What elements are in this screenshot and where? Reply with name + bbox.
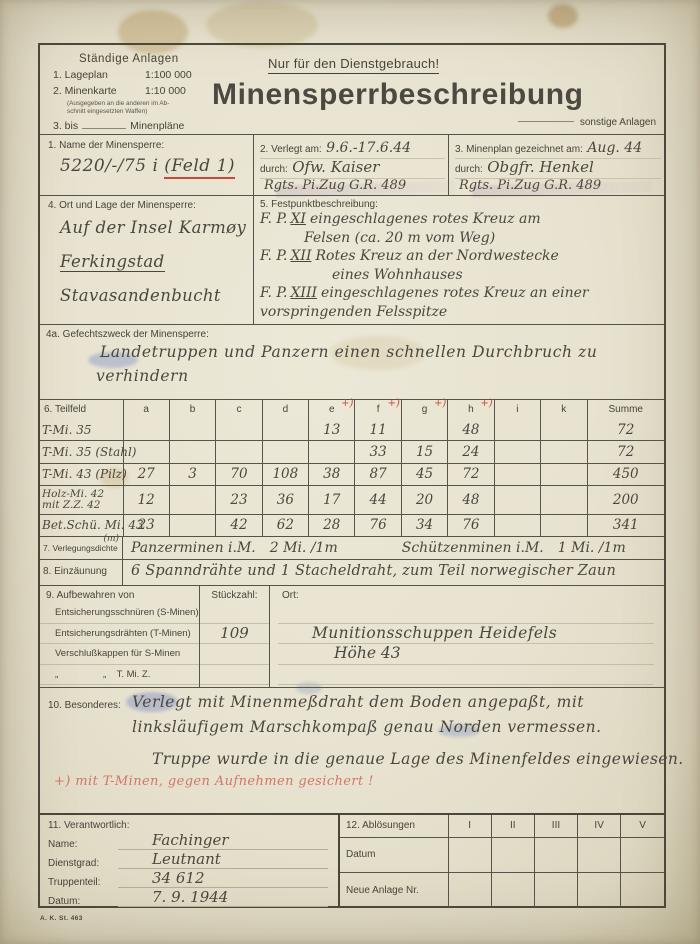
relief-empty-cell	[621, 873, 664, 907]
mine-table-row: Holz-Mi. 42mit Z.Z. 4212233617442048200	[40, 485, 664, 514]
section-special-notes: 10. Besonderes: Verlegt mit Minenmeßdrah…	[40, 688, 664, 815]
laid-date-value: 9.6.-17.6.44	[326, 140, 411, 156]
mine-count-cell: 76	[355, 514, 401, 536]
mine-count-cell: 3	[169, 463, 215, 485]
other-attachments-label: sonstige Anlagen	[518, 117, 656, 128]
attachment-scale: 1:100 000	[145, 68, 192, 84]
paper-stain	[206, 2, 318, 48]
field-label: Truppenteil:	[48, 877, 118, 888]
page-title: Minensperrbeschreibung	[212, 78, 584, 112]
abloesungen-datum-row: Datum	[340, 837, 664, 873]
storage-item: Entsicherungsdrähten (T-Minen)	[40, 624, 199, 645]
notes-line: linksläufigem Marschkompaß genau Norden …	[132, 718, 602, 736]
relief-empty-cell	[491, 873, 534, 907]
count-value: 109	[200, 624, 269, 645]
mine-count-cell: 34	[401, 514, 447, 536]
responsible-field: Name: Fachinger	[48, 831, 328, 850]
drawn-by-value: Obgfr. Henkel	[487, 158, 594, 176]
section-mine-table: 6. Teilfeld abcde+)f+)g+)h+)ikSumme T-Mi…	[40, 400, 664, 537]
drawn-date-value: Aug. 44	[587, 140, 642, 156]
mine-table-column-header: g+)	[401, 400, 447, 419]
mine-count-cell	[309, 441, 355, 463]
mine-count-cell	[541, 514, 587, 536]
field-label: durch:	[260, 164, 288, 175]
density-values: Panzerminen i.M. 2 Mi. /1m Schützenminen…	[123, 537, 664, 559]
mine-count-cell: 48	[448, 485, 494, 514]
relief-empty-cell	[448, 873, 491, 907]
mine-table: 6. Teilfeld abcde+)f+)g+)h+)ikSumme T-Mi…	[40, 400, 664, 536]
responsible-unit-value: 34 612	[118, 870, 328, 888]
unit-value: Rgts. Pi.Zug G.R. 489	[455, 178, 661, 193]
blank-fill-line	[82, 128, 126, 129]
field-label: durch:	[455, 164, 483, 175]
mine-count-cell: 45	[401, 463, 447, 485]
section-fencing: 8. Einzäunung 6 Spanndrähte und 1 Stache…	[40, 560, 664, 586]
responsible-field: Truppenteil: 34 612	[48, 869, 328, 888]
relief-empty-cell	[578, 873, 621, 907]
mine-table-column-header: i	[494, 400, 540, 419]
classification-banner: Nur für den Dienstgebrauch!	[268, 56, 439, 74]
permanent-attachments-heading: Ständige Anlagen	[79, 53, 268, 65]
section-fixpoints: 5. Festpunktbeschreibung: F. P.XIeingesc…	[254, 196, 664, 324]
relief-column-header: V	[621, 815, 664, 837]
mine-count-cell	[262, 419, 308, 441]
mine-table-column-header: k	[541, 400, 587, 419]
feld-annotation: (Feld 1)	[164, 156, 235, 179]
mine-count-cell	[541, 463, 587, 485]
storage-item: Entsicherungsschnüren (S-Minen)	[40, 603, 199, 624]
field-label: Name:	[48, 839, 118, 850]
mine-count-cell	[169, 441, 215, 463]
handwritten-annotation: (m)	[103, 534, 119, 544]
scanned-form-page: Ständige Anlagen 1. Lageplan 1:100 000 2…	[0, 0, 700, 944]
field-label: 10. Besonderes:	[48, 700, 121, 711]
red-plus-annotation: +)	[341, 398, 353, 409]
mine-count-cell	[262, 441, 308, 463]
mine-count-cell: 36	[262, 485, 308, 514]
reliefs-row-label: Neue Anlage Nr.	[340, 873, 448, 907]
mine-count-cell: 15	[401, 441, 447, 463]
form-header: Ständige Anlagen 1. Lageplan 1:100 000 2…	[40, 45, 664, 135]
fixpoint-number: XIII	[290, 285, 317, 301]
mine-count-cell	[169, 514, 215, 536]
mine-table-column-header: b	[169, 400, 215, 419]
location-line: Auf der Insel Karmøy	[48, 211, 247, 245]
mine-type-label: T-Mi. 35	[40, 419, 123, 441]
mine-table-body: T-Mi. 3513114872T-Mi. 35 (Stahl)33152472…	[40, 419, 664, 536]
mine-count-cell: 76	[448, 514, 494, 536]
laid-by-value: Ofw. Kaiser	[292, 158, 379, 176]
purpose-line: Landetruppen und Panzern einen schnellen…	[100, 340, 658, 364]
field-label: 3. Minenplan gezeichnet am:	[455, 144, 583, 155]
section-reliefs: 12. Ablösungen IIIIIIIVV Datum Neue Anla…	[340, 815, 664, 907]
fixpoint-entry: F. P.XIeingeschlagenes rotes Kreuz am Fe…	[260, 210, 660, 247]
mine-table-column-header: Summe	[587, 400, 664, 419]
location-value: Höhe 43	[278, 644, 654, 665]
fixpoint-number: XII	[290, 248, 311, 264]
mine-count-cell: 11	[355, 419, 401, 441]
relief-column-header: III	[534, 815, 577, 837]
fixpoint-number: XI	[290, 211, 306, 227]
mine-count-cell	[169, 419, 215, 441]
mine-table-corner-label: 6. Teilfeld	[40, 400, 123, 419]
relief-empty-cell	[621, 837, 664, 873]
mine-type-label: T-Mi. 43 (Pilz)	[40, 463, 123, 485]
red-plus-annotation: +)	[388, 398, 400, 409]
field-label: 2. Verlegt am:	[260, 144, 322, 155]
mine-count-cell: 70	[216, 463, 262, 485]
attachment-item: 3. bisMinenpläne	[53, 120, 268, 132]
mine-table-row: T-Mi. 3513114872	[40, 419, 664, 441]
mine-count-cell: 341	[587, 514, 664, 536]
mine-count-cell	[494, 485, 540, 514]
mine-count-cell	[541, 419, 587, 441]
relief-empty-cell	[534, 873, 577, 907]
section-laid-on: 2. Verlegt am: 9.6.-17.6.44 durch: Ofw. …	[254, 135, 449, 195]
mine-table-row: T-Mi. 35 (Stahl)33152472	[40, 441, 664, 463]
relief-empty-cell	[491, 837, 534, 873]
responsible-field: Dienstgrad: Leutnant	[48, 850, 328, 869]
mine-table-header-row: 6. Teilfeld abcde+)f+)g+)h+)ikSumme	[40, 400, 664, 419]
minefield-name-value: 5220/-/75 i (Feld 1)	[48, 156, 247, 176]
paper-stain	[548, 4, 578, 28]
mine-count-cell	[541, 485, 587, 514]
mine-count-cell: 17	[309, 485, 355, 514]
mine-count-cell: 33	[355, 441, 401, 463]
mine-count-cell	[216, 441, 262, 463]
section-responsible: 11. Verantwortlich: Name: Fachinger Dien…	[40, 815, 340, 907]
mine-type-label: Bet.Schü. Mi. 43	[40, 514, 123, 536]
location-line: Stavasandenbucht	[48, 279, 247, 313]
mine-count-cell: 42	[216, 514, 262, 536]
red-pencil-note: +) mit T-Minen, gegen Aufnehmen gesicher…	[54, 774, 374, 789]
field-label: 11. Verantwortlich:	[48, 820, 328, 831]
mine-count-cell	[494, 419, 540, 441]
fixpoint-entry: F. P.XIIIeingeschlagenes rotes Kreuz an …	[260, 284, 660, 321]
field-label: 9. Aufbewahren von	[40, 586, 199, 603]
mine-count-cell	[216, 419, 262, 441]
reliefs-label: 12. Ablösungen	[340, 815, 448, 837]
form-print-code: A. K. St. 463	[40, 915, 83, 922]
mine-count-cell: 38	[309, 463, 355, 485]
mine-count-cell: 72	[587, 419, 664, 441]
fencing-value: 6 Spanndrähte und 1 Stacheldraht, zum Te…	[123, 560, 664, 585]
minensperr-form: Ständige Anlagen 1. Lageplan 1:100 000 2…	[38, 43, 666, 908]
red-plus-annotation: +)	[434, 398, 446, 409]
mine-count-cell: 12	[123, 485, 169, 514]
reliefs-row-label: Datum	[340, 837, 448, 873]
mine-count-cell: 72	[448, 463, 494, 485]
mine-count-cell: 200	[587, 485, 664, 514]
mine-count-cell	[169, 485, 215, 514]
storage-count-column: Stückzahl: 109	[200, 586, 270, 687]
mine-type-label: T-Mi. 35 (Stahl)	[40, 441, 123, 463]
field-label: 8. Einzäunung	[40, 560, 123, 585]
density-left-value: 2 Mi. /1m	[270, 540, 338, 556]
mine-count-cell	[494, 441, 540, 463]
purpose-line: verhindern	[96, 364, 658, 388]
field-label: 4. Ort und Lage der Minensperre:	[48, 200, 247, 211]
mine-count-cell: 48	[448, 419, 494, 441]
mine-count-cell: 13	[309, 419, 355, 441]
mine-count-cell: 44	[355, 485, 401, 514]
mine-table-column-header: a	[123, 400, 169, 419]
responsible-field: Datum: 7. 9. 1944	[48, 888, 328, 907]
mine-type-label: Holz-Mi. 42mit Z.Z. 42	[40, 485, 123, 514]
abloesungen-anlage-row: Neue Anlage Nr.	[340, 873, 664, 907]
density-left-text: Panzerminen i.M.	[131, 540, 256, 556]
mine-table-column-header: d	[262, 400, 308, 419]
field-label: 1. Name der Minensperre:	[48, 140, 247, 151]
mine-count-cell: 450	[587, 463, 664, 485]
section-laying-density: 7. Verlegungsdichte (m) Panzerminen i.M.…	[40, 537, 664, 560]
notes-line: Truppe wurde in die genaue Lage des Mine…	[152, 750, 684, 768]
mine-count-cell	[494, 514, 540, 536]
storage-items-column: 9. Aufbewahren von Entsicherungsschnüren…	[40, 586, 200, 687]
mine-count-cell: 24	[448, 441, 494, 463]
mine-count-cell: 28	[309, 514, 355, 536]
mine-table-column-header: c	[216, 400, 262, 419]
mine-table-column-header: f+)	[355, 400, 401, 419]
mine-count-cell: 72	[587, 441, 664, 463]
unit-value: Rgts. Pi.Zug G.R. 489	[260, 178, 445, 193]
location-line: Ferkingstad	[48, 245, 247, 279]
relief-column-header: I	[448, 815, 491, 837]
abloesungen-header-row: 12. Ablösungen IIIIIIIVV	[340, 815, 664, 837]
section-storage: 9. Aufbewahren von Entsicherungsschnüren…	[40, 586, 664, 688]
relief-empty-cell	[534, 837, 577, 873]
mine-count-cell: 20	[401, 485, 447, 514]
section-name-of-minefield: 1. Name der Minensperre: 5220/-/75 i (Fe…	[40, 135, 254, 195]
sections-11-12: 11. Verantwortlich: Name: Fachinger Dien…	[40, 815, 664, 907]
attachment-scale: 1:10 000	[145, 84, 186, 100]
mine-count-cell: 87	[355, 463, 401, 485]
density-right-value: 1 Mi. /1m	[558, 540, 626, 556]
field-label: Datum:	[48, 896, 118, 907]
relief-column-header: IV	[578, 815, 621, 837]
mine-count-cell: 62	[262, 514, 308, 536]
fixpoint-entry: F. P.XIIRotes Kreuz an der Nordwestecke …	[260, 247, 660, 284]
storage-location-column: Ort: Munitionsschuppen Heidefels Höhe 43	[270, 586, 664, 687]
mine-count-cell	[123, 419, 169, 441]
attachment-label: 1. Lageplan	[53, 68, 145, 84]
storage-item: „ „ T. Mi. Z.	[40, 665, 199, 686]
density-right-text: Schützenminen i.M.	[402, 540, 544, 556]
mine-table-column-header: e+)	[309, 400, 355, 419]
section-location: 4. Ort und Lage der Minensperre: Auf der…	[40, 196, 254, 324]
field-label: 7. Verlegungsdichte (m)	[40, 537, 123, 559]
count-column-label: Stückzahl:	[200, 586, 269, 603]
sections-1-2-3: 1. Name der Minensperre: 5220/-/75 i (Fe…	[40, 135, 664, 196]
field-label: 4a. Gefechtszweck der Minensperre:	[46, 329, 658, 340]
mine-count-cell: 108	[262, 463, 308, 485]
mine-count-cell	[494, 463, 540, 485]
responsible-name-value: Fachinger	[118, 832, 328, 850]
section-combat-purpose: 4a. Gefechtszweck der Minensperre: Lande…	[40, 325, 664, 400]
mine-count-cell	[541, 441, 587, 463]
mine-table-row: T-Mi. 43 (Pilz)2737010838874572450	[40, 463, 664, 485]
mine-table-column-header: h+)	[448, 400, 494, 419]
reliefs-table: 12. Ablösungen IIIIIIIVV Datum Neue Anla…	[340, 815, 664, 907]
mine-count-cell: 27	[123, 463, 169, 485]
sections-4-5: 4. Ort und Lage der Minensperre: Auf der…	[40, 196, 664, 325]
notes-line: Verlegt mit Minenmeßdraht dem Boden ange…	[132, 693, 584, 711]
relief-column-header: II	[491, 815, 534, 837]
field-label: Dienstgrad:	[48, 858, 118, 869]
mine-table-row: Bet.Schü. Mi. 4323426228763476341	[40, 514, 664, 536]
section-plan-drawn: 3. Minenplan gezeichnet am: Aug. 44 durc…	[449, 135, 664, 195]
red-plus-annotation: +)	[480, 398, 492, 409]
attachment-label: 2. Minenkarte	[53, 84, 145, 100]
location-column-label: Ort:	[270, 586, 664, 603]
location-value: Munitionsschuppen Heidefels	[278, 624, 654, 645]
relief-empty-cell	[578, 837, 621, 873]
relief-empty-cell	[448, 837, 491, 873]
responsible-date-value: 7. 9. 1944	[118, 889, 328, 907]
mine-count-cell	[401, 419, 447, 441]
storage-item: Verschlußkappen für S-Minen	[40, 644, 199, 665]
field-label: 5. Festpunktbeschreibung:	[260, 199, 660, 210]
responsible-rank-value: Leutnant	[118, 851, 328, 869]
mine-count-cell: 23	[216, 485, 262, 514]
